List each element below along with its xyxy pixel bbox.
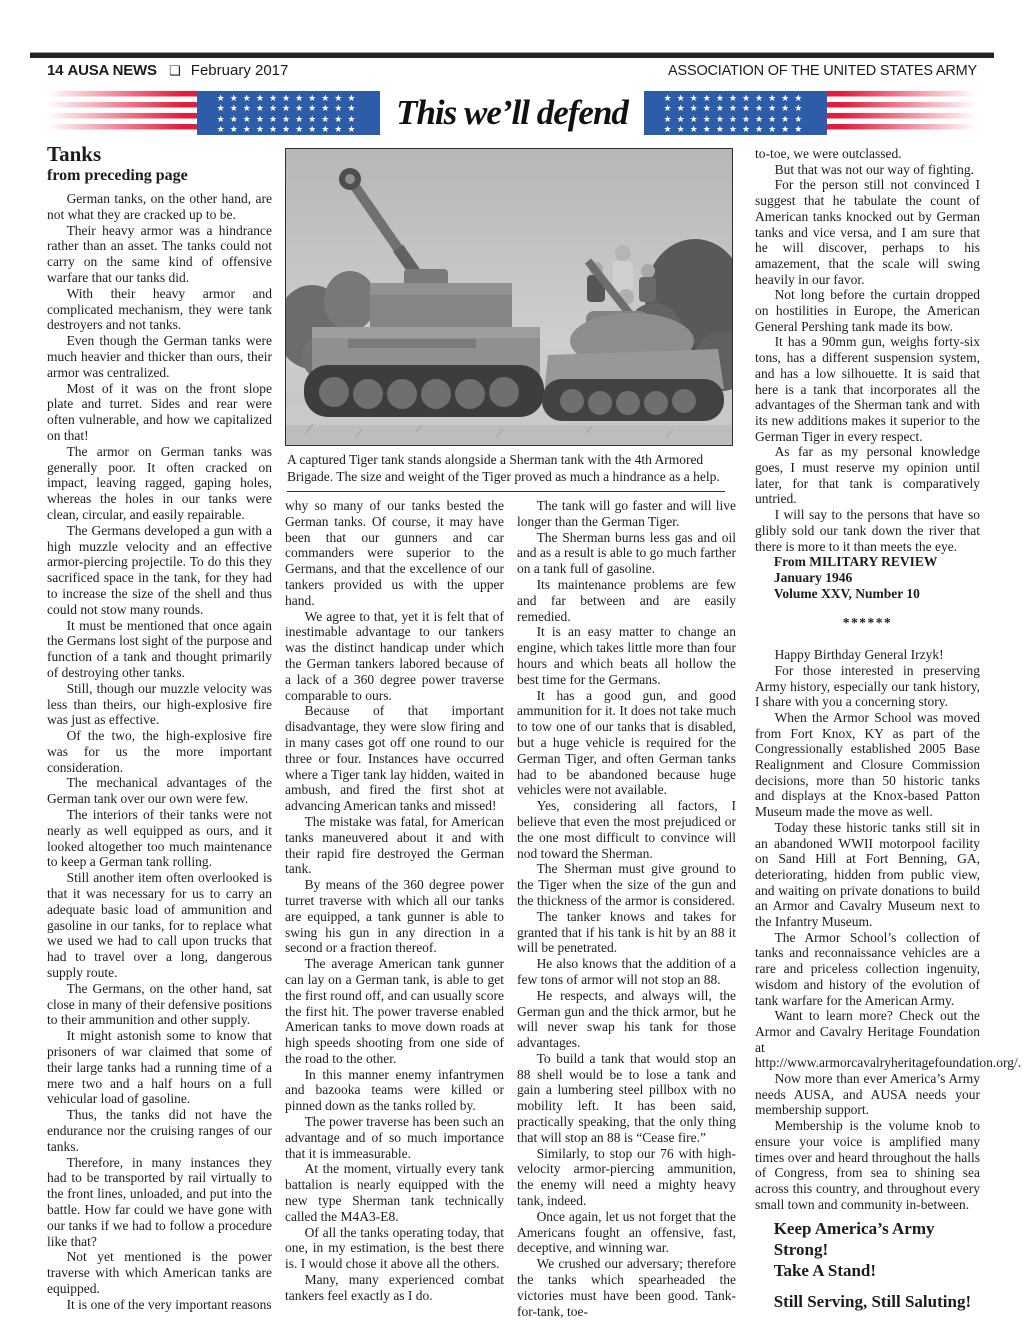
paragraph: It might astonish some to know that pris… [47, 1028, 272, 1107]
flag-stripes-icon [47, 91, 197, 135]
paragraph: It has a good gun, and good ammunition f… [517, 688, 736, 799]
paragraph: The Sherman burns less gas and oil and a… [517, 530, 736, 577]
tank-photo [285, 148, 733, 446]
paragraph: Happy Birthday General Irzyk! [755, 647, 980, 663]
paragraph: Most of it was on the front slope plate … [47, 381, 272, 444]
paragraph: In this manner enemy infantrymen and baz… [285, 1067, 504, 1114]
slogan-line: Keep America’s Army Strong! [774, 1218, 980, 1260]
article-title: Tanks [47, 143, 272, 166]
flag-banner: ★★★★★★★★★★★★★★★★★★★★★★★★★★★★★★★★★★★★★★★★… [47, 90, 977, 136]
paragraph: Similarly, to stop our 76 with high-velo… [517, 1146, 736, 1209]
paragraph: But that was not our way of fighting. [755, 162, 980, 178]
paragraph: When the Armor School was moved from For… [755, 710, 980, 820]
attribution-line: Volume XXV, Number 10 [774, 586, 980, 602]
attribution-line: January 1946 [774, 570, 980, 586]
paragraph: Even though the German tanks were much h… [47, 333, 272, 380]
paragraph: Thus, the tanks did not have the enduran… [47, 1107, 272, 1154]
paragraph: Many, many experienced combat tankers fe… [285, 1272, 504, 1304]
paragraph: As far as my personal knowledge goes, I … [755, 444, 980, 507]
paragraph: The armor on German tanks was generally … [47, 444, 272, 523]
tagline: Still Serving, Still Saluting! [774, 1291, 980, 1312]
column-4-text-b: Happy Birthday General Irzyk!For those i… [755, 647, 980, 1212]
paragraph: Still, though our muzzle velocity was le… [47, 681, 272, 728]
attribution-line: From MILITARY REVIEW [774, 554, 980, 570]
publication-name: AUSA NEWS [67, 62, 156, 79]
paragraph: Once again, let us not forget that the A… [517, 1209, 736, 1256]
masthead-left: 14 AUSA NEWS ❑ February 2017 [47, 62, 288, 79]
motto: This we’ll defend [380, 93, 644, 133]
paragraph: For those interested in preserving Army … [755, 663, 980, 710]
paragraph: The Germans, on the other hand, sat clos… [47, 981, 272, 1028]
paragraph: Want to learn more? Check out the Armor … [755, 1008, 980, 1071]
paragraph: Yes, considering all factors, I believe … [517, 798, 736, 861]
column-3: The tank will go faster and will live lo… [517, 498, 736, 1319]
checkbox-icon: ❑ [169, 63, 181, 78]
paragraph: It is one of the very important reasons [47, 1297, 272, 1313]
paragraph: Its maintenance problems are few and far… [517, 577, 736, 624]
paragraph: Their heavy armor was a hindrance rather… [47, 223, 272, 286]
paragraph: The mechanical advantages of the German … [47, 775, 272, 807]
column-1-text: German tanks, on the other hand, are not… [47, 191, 272, 1313]
column-2-text: why so many of our tanks bested the Germ… [285, 498, 504, 1304]
paragraph: The tank will go faster and will live lo… [517, 498, 736, 530]
paragraph: The Armor School’s collection of tanks a… [755, 930, 980, 1009]
association-name: ASSOCIATION OF THE UNITED STATES ARMY [668, 63, 977, 79]
paragraph: We crushed our adversary; therefore the … [517, 1256, 736, 1319]
paragraph: To build a tank that would stop an 88 sh… [517, 1051, 736, 1146]
article-subtitle: from preceding page [47, 166, 272, 186]
paragraph: It is an easy matter to change an engine… [517, 624, 736, 687]
column-3-text: The tank will go faster and will live lo… [517, 498, 736, 1319]
paragraph: Today these historic tanks still sit in … [755, 820, 980, 930]
paragraph: For the person still not convinced I sug… [755, 177, 980, 287]
paragraph: He also knows that the addition of a few… [517, 956, 736, 988]
paragraph: The Germans developed a gun with a high … [47, 523, 272, 618]
column-4: to-toe, we were outclassed.But that was … [755, 146, 980, 1312]
column-2: why so many of our tanks bested the Germ… [285, 498, 504, 1304]
flag-stripes-icon [827, 91, 977, 135]
paragraph: German tanks, on the other hand, are not… [47, 191, 272, 223]
column-1: Tanks from preceding page German tanks, … [47, 143, 272, 1313]
top-rule [30, 52, 994, 58]
paragraph: The Sherman must give ground to the Tige… [517, 861, 736, 908]
paragraph: I will say to the persons that have so g… [755, 507, 980, 554]
star-field-icon: ★★★★★★★★★★★★★★★★★★★★★★★★★★★★★★★★★★★★★★★★… [644, 91, 827, 135]
paragraph: Still another item often overlooked is t… [47, 870, 272, 981]
paragraph: It has a 90mm gun, weighs forty-six tons… [755, 334, 980, 444]
newspaper-page: 14 AUSA NEWS ❑ February 2017 ASSOCIATION… [0, 0, 1024, 1325]
page-number: 14 [47, 62, 63, 79]
paragraph: Not yet mentioned is the power traverse … [47, 1249, 272, 1296]
photo-caption: A captured Tiger tank stands alongside a… [287, 451, 731, 485]
paragraph: Now more than ever America’s Army needs … [755, 1071, 980, 1118]
paragraph: At the moment, virtually every tank batt… [285, 1161, 504, 1224]
paragraph: The interiors of their tanks were not ne… [47, 807, 272, 870]
issue-date: February 2017 [191, 62, 289, 79]
paragraph: Of the two, the high-explosive fire was … [47, 728, 272, 775]
paragraph: Of all the tanks operating today, that o… [285, 1225, 504, 1272]
closing-slogan: Keep America’s Army Strong!Take A Stand! [755, 1218, 980, 1281]
paragraph: The mistake was fatal, for American tank… [285, 814, 504, 877]
paragraph: Because of that important disadvantage, … [285, 703, 504, 814]
column-4-text-a: to-toe, we were outclassed.But that was … [755, 146, 980, 554]
paragraph: Not long before the curtain dropped on h… [755, 287, 980, 334]
paragraph: The power traverse has been such an adva… [285, 1114, 504, 1161]
paragraph: We agree to that, yet it is felt that of… [285, 609, 504, 704]
paragraph: The tanker knows and takes for granted t… [517, 909, 736, 956]
masthead: 14 AUSA NEWS ❑ February 2017 ASSOCIATION… [47, 62, 977, 84]
paragraph: Membership is the volume knob to ensure … [755, 1118, 980, 1212]
paragraph: why so many of our tanks bested the Germ… [285, 498, 504, 609]
tank-photo-illustration [286, 149, 732, 445]
caption-rule [287, 491, 725, 492]
paragraph: Therefore, in many instances they had to… [47, 1155, 272, 1250]
paragraph: With their heavy armor and complicated m… [47, 286, 272, 333]
paragraph: The average American tank gunner can lay… [285, 956, 504, 1067]
paragraph: It must be mentioned that once again the… [47, 618, 272, 681]
paragraph: By means of the 360 degree power turret … [285, 877, 504, 956]
asterisk-separator: ****** [755, 615, 980, 631]
paragraph: He respects, and always will, the German… [517, 988, 736, 1051]
paragraph: to-toe, we were outclassed. [755, 146, 980, 162]
slogan-line: Take A Stand! [774, 1260, 980, 1281]
star-field-icon: ★★★★★★★★★★★★★★★★★★★★★★★★★★★★★★★★★★★★★★★★… [197, 91, 380, 135]
source-attribution: From MILITARY REVIEWJanuary 1946Volume X… [755, 554, 980, 601]
